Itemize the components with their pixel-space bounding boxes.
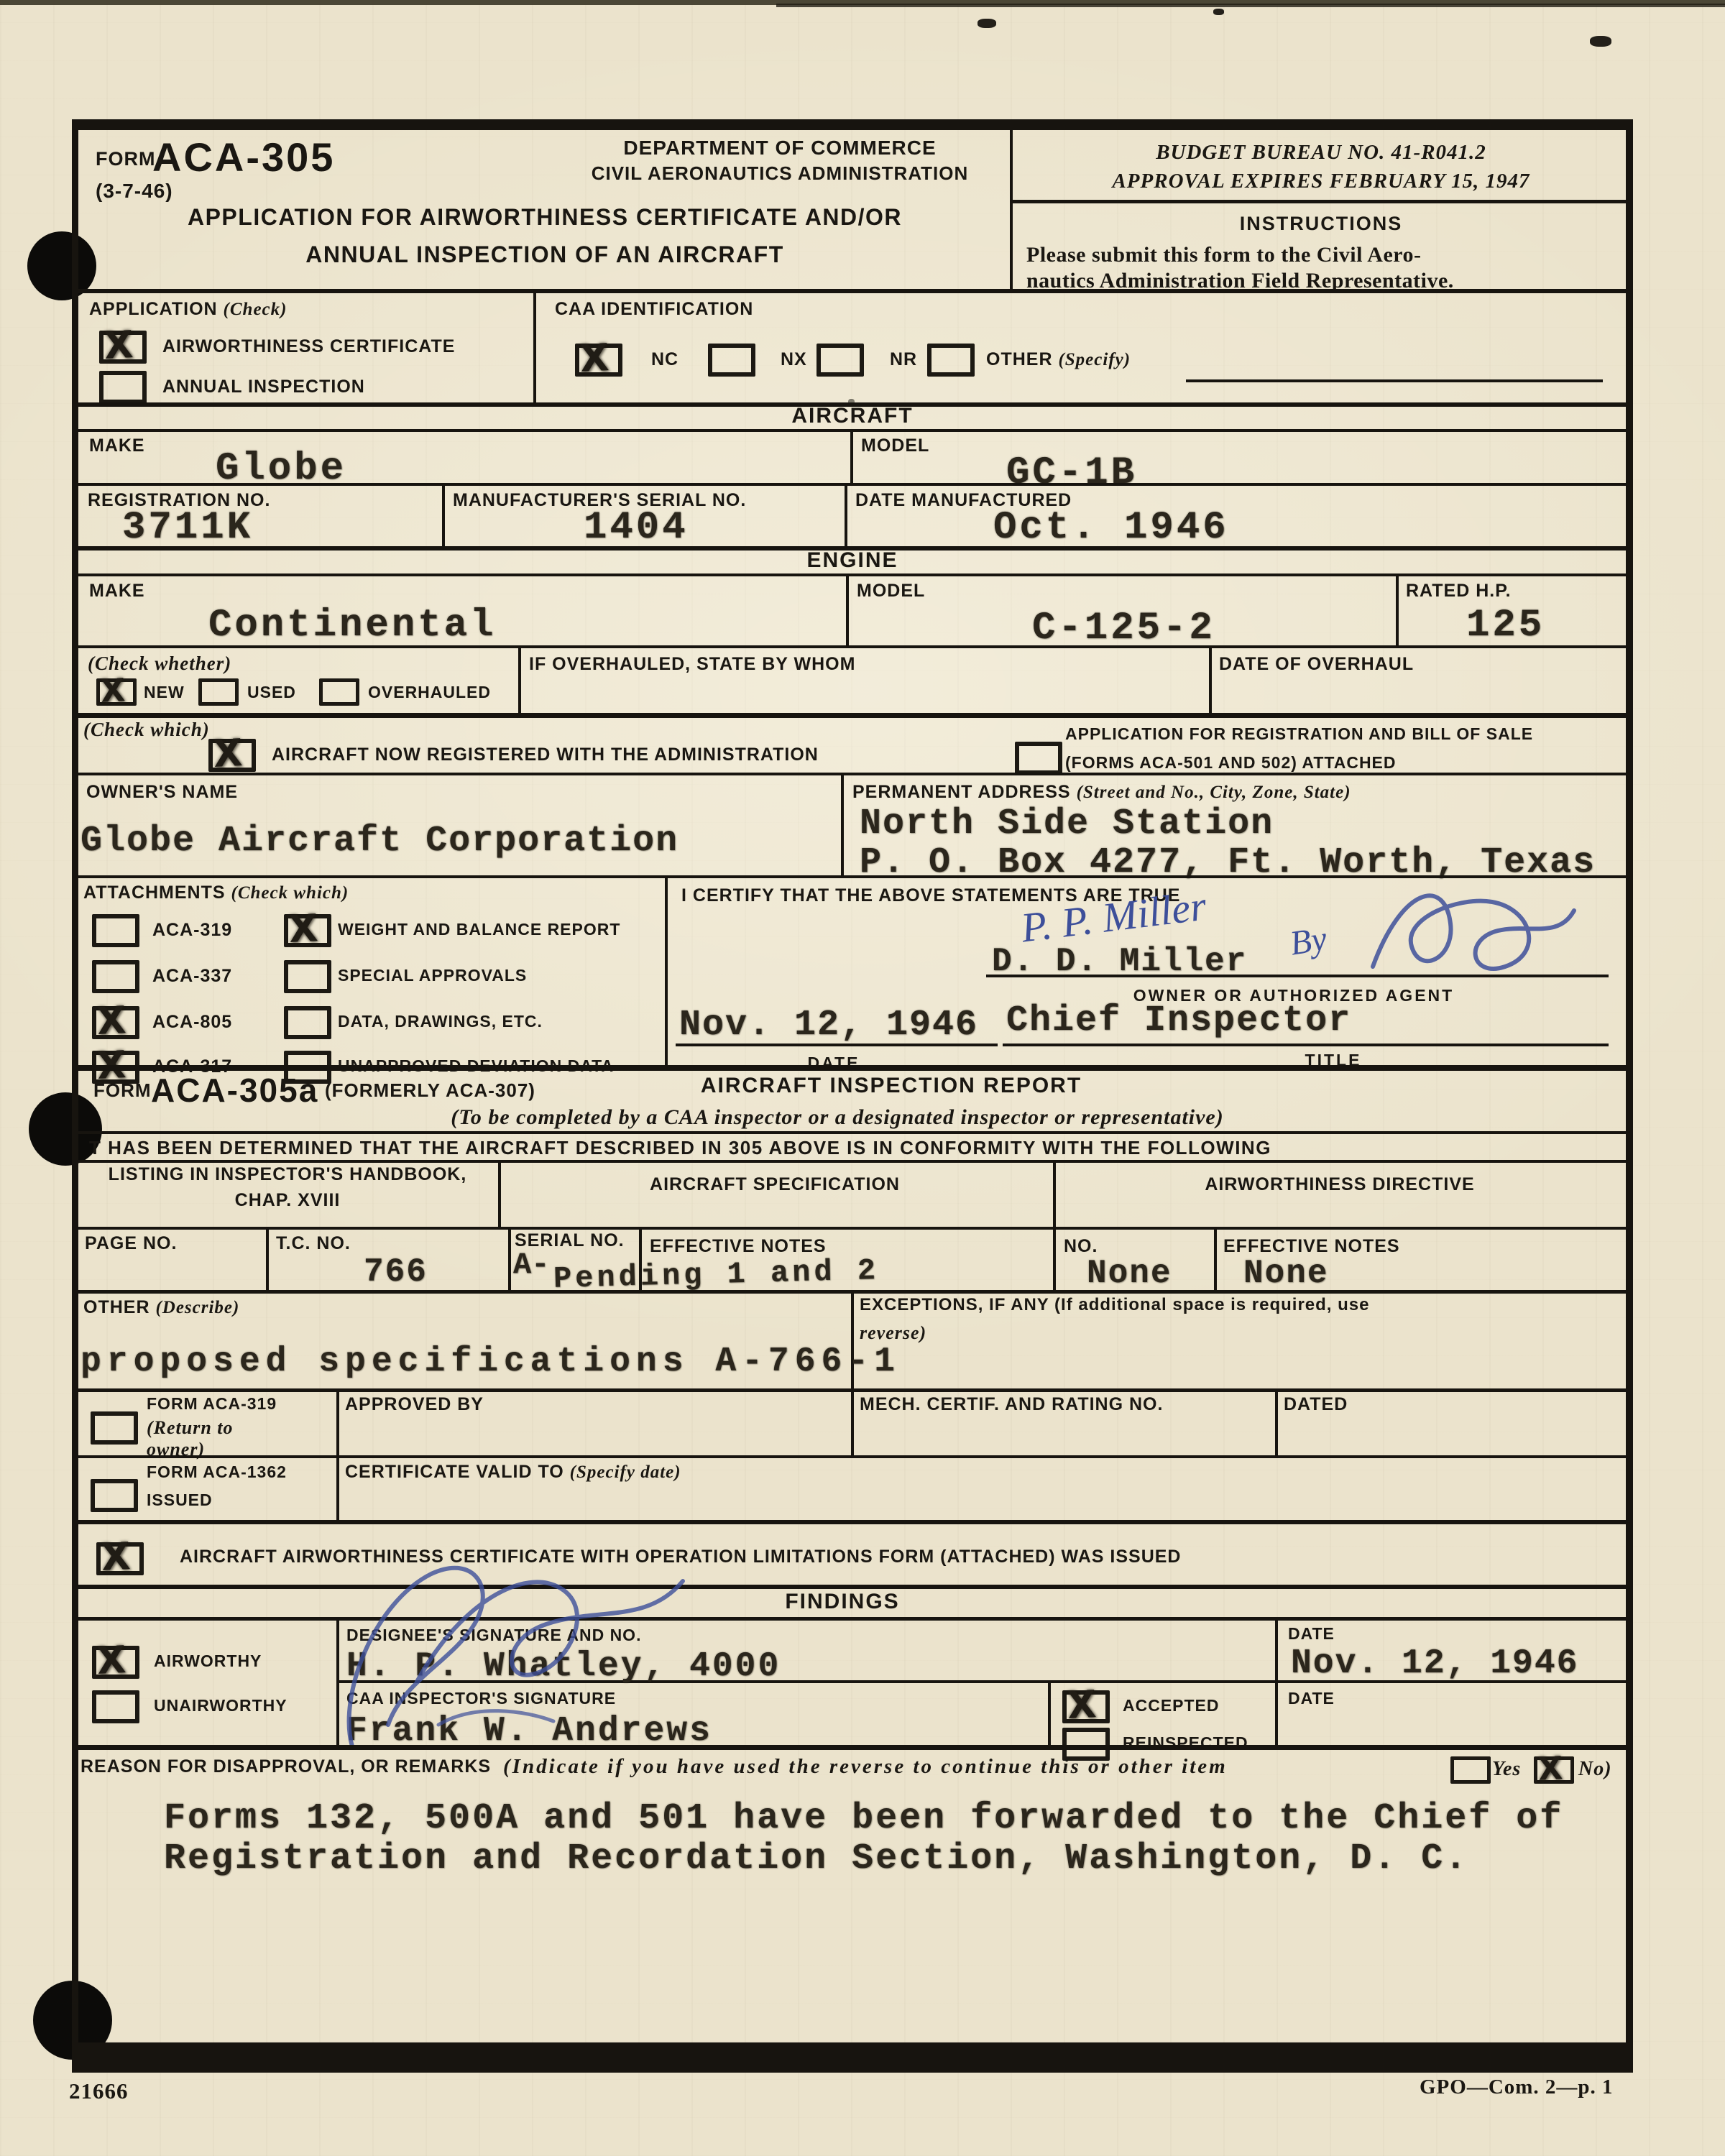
application-label: APPLICATION (Check)	[89, 299, 287, 320]
aircraft-model-label: MODEL	[861, 436, 929, 456]
divider-line	[78, 1065, 1626, 1071]
airworthy-label: AIRWORTHY	[154, 1651, 262, 1671]
other-describe-value: proposed specifications A-766-1	[80, 1342, 901, 1381]
instructions-line1: Please submit this form to the Civil Aer…	[1026, 243, 1422, 267]
effective-notes-label: EFFECTIVE NOTES	[650, 1236, 827, 1257]
date-of-overhaul-label: DATE OF OVERHAUL	[1219, 654, 1414, 675]
certify-date-line[interactable]	[676, 1044, 998, 1046]
check-which-label: (Check which)	[83, 719, 210, 741]
divider-line	[518, 645, 521, 713]
nx-label: NX	[781, 349, 807, 370]
remarks-no-label: No)	[1578, 1758, 1612, 1781]
engine-make-value: Continental	[208, 604, 496, 648]
certify-title-value: Chief Inspector	[1006, 1000, 1351, 1041]
report-formerly: (FORMERLY ACA-307)	[325, 1079, 535, 1102]
remarks-label: REASON FOR DISAPPROVAL, OR REMARKS	[80, 1756, 491, 1777]
divider-line	[846, 573, 849, 645]
checkbox-engine-overhauled[interactable]	[319, 678, 359, 706]
remarks-text-line1: Forms 132, 500A and 501 have been forwar…	[164, 1798, 1563, 1839]
divider-line	[78, 1455, 1626, 1458]
checkbox-form-aca-319-return[interactable]	[91, 1411, 138, 1445]
report-form-prefix: FORM	[93, 1079, 152, 1102]
annual-inspection-label: ANNUAL INSPECTION	[162, 377, 365, 397]
checkbox-nx[interactable]	[708, 344, 755, 377]
exceptions-label-line2: reverse)	[860, 1322, 926, 1344]
accepted-label: ACCEPTED	[1123, 1696, 1220, 1715]
designee-signature-scrawl	[309, 1538, 712, 1754]
footer-gpo-note: GPO—Com. 2—p. 1	[1420, 2076, 1614, 2099]
engine-used-label: USED	[247, 683, 296, 702]
divider-line	[266, 1227, 269, 1290]
checkbox-aca-337[interactable]	[92, 960, 139, 993]
divider-line	[1010, 200, 1627, 203]
certificate-valid-to-label: CERTIFICATE VALID TO (Specify date)	[345, 1462, 681, 1483]
form-aca-319-label: FORM ACA-319	[147, 1394, 277, 1414]
registration-bill-line1: APPLICATION FOR REGISTRATION AND BILL OF…	[1065, 724, 1533, 744]
divider-line	[78, 1520, 1626, 1524]
divider-line	[78, 1160, 1626, 1163]
engine-overhauled-label: OVERHAULED	[368, 683, 491, 702]
form-revision-date: (3-7-46)	[96, 180, 173, 203]
by-handwritten: By	[1287, 918, 1330, 963]
instructions-title: INSTRUCTIONS	[1240, 213, 1403, 235]
tc-no-label: T.C. NO.	[276, 1233, 351, 1254]
rated-hp-label: RATED H.P.	[1406, 581, 1512, 602]
inspector-date-label: DATE	[1288, 1689, 1335, 1708]
owners-name-value: Globe Aircraft Corporation	[80, 821, 678, 862]
checkbox-nc[interactable]: X	[575, 344, 622, 377]
divider-line	[850, 429, 853, 483]
form-aca-1362-label: FORM ACA-1362	[147, 1462, 287, 1482]
directive-no-label: NO.	[1064, 1236, 1098, 1257]
aircraft-make-label: MAKE	[89, 436, 145, 456]
handbook-header-line2: CHAP. XVIII	[235, 1190, 341, 1211]
check-whether-label: (Check whether)	[88, 653, 231, 675]
registration-no-value: 3711K	[122, 506, 253, 550]
checkbox-special-approvals[interactable]	[284, 960, 331, 993]
airworthiness-directive-header: AIRWORTHINESS DIRECTIVE	[1205, 1174, 1474, 1195]
form-title-line2: ANNUAL INSPECTION OF AN AIRCRAFT	[305, 241, 783, 268]
weight-balance-label: WEIGHT AND BALANCE REPORT	[338, 920, 620, 939]
divider-line	[78, 1227, 1626, 1230]
handbook-header-line1: LISTING IN INSPECTOR'S HANDBOOK,	[109, 1164, 467, 1185]
checkbox-engine-new[interactable]: X	[96, 678, 137, 706]
divider-line	[508, 1227, 511, 1290]
address-line1-value: North Side Station	[860, 803, 1274, 844]
agency-line: CIVIL AERONAUTICS ADMINISTRATION	[592, 162, 969, 185]
report-subtitle: (To be completed by a CAA inspector or a…	[451, 1105, 1223, 1130]
divider-line	[78, 483, 1626, 486]
checkbox-other[interactable]	[927, 344, 975, 377]
form-number-prefix: FORM	[96, 148, 155, 170]
engine-make-label: MAKE	[89, 581, 145, 602]
checkbox-weight-balance-report[interactable]: X	[284, 914, 331, 947]
divider-line	[1209, 645, 1212, 713]
rated-hp-value: 125	[1466, 604, 1545, 648]
checkbox-aircraft-registered[interactable]: X	[208, 739, 256, 772]
divider-line	[1010, 130, 1013, 289]
aca-319-label: ACA-319	[152, 920, 232, 941]
attachments-label: ATTACHMENTS (Check which)	[83, 883, 349, 903]
nc-label: NC	[651, 349, 678, 370]
determination-statement: T HAS BEEN DETERMINED THAT THE AIRCRAFT …	[89, 1137, 1271, 1159]
owners-name-label: OWNER'S NAME	[86, 782, 238, 803]
checkbox-accepted[interactable]: X	[1062, 1690, 1110, 1723]
engine-model-label: MODEL	[857, 581, 925, 602]
spec-serial-value: A-	[513, 1248, 549, 1282]
directive-notes-value: None	[1243, 1255, 1328, 1292]
aircraft-model-value: GC-1B	[1006, 451, 1137, 495]
remarks-text-line2: Registration and Recordation Section, Wa…	[164, 1838, 1468, 1879]
approved-by-label: APPROVED BY	[345, 1394, 484, 1415]
checkbox-unairworthy[interactable]	[92, 1690, 139, 1723]
footer-print-code: 21666	[69, 2078, 129, 2104]
aca-337-label: ACA-337	[152, 966, 232, 987]
page-no-label: PAGE NO.	[85, 1233, 177, 1254]
checkbox-annual-inspection[interactable]	[99, 371, 147, 404]
aircraft-registered-label: AIRCRAFT NOW REGISTERED WITH THE ADMINIS…	[272, 745, 819, 765]
serial-no-value: 1404	[584, 506, 689, 550]
certify-date-value: Nov. 12, 1946	[679, 1005, 978, 1046]
overhauled-by-whom-label: IF OVERHAULED, STATE BY WHOM	[529, 654, 855, 675]
form-title-line1: APPLICATION FOR AIRWORTHINESS CERTIFICAT…	[188, 204, 902, 231]
nr-label: NR	[890, 349, 917, 370]
data-drawings-label: DATA, DRAWINGS, ETC.	[338, 1012, 543, 1031]
caa-identification-label: CAA IDENTIFICATION	[555, 299, 753, 320]
dated-label: DATED	[1284, 1394, 1348, 1415]
divider-line	[1214, 1227, 1217, 1290]
exceptions-label-line1: EXCEPTIONS, IF ANY (If additional space …	[860, 1295, 1369, 1315]
checkbox-nr[interactable]	[816, 344, 864, 377]
remarks-yes-label: Yes	[1492, 1758, 1521, 1781]
divider-line	[78, 573, 1626, 576]
checkbox-engine-used[interactable]	[198, 678, 239, 706]
scan-speck	[1213, 9, 1224, 15]
permanent-address-label: PERMANENT ADDRESS (Street and No., City,…	[852, 782, 1351, 803]
divider-line	[845, 483, 847, 546]
divider-line	[78, 1131, 1626, 1134]
divider-line	[533, 289, 536, 402]
unairworthy-label: UNAIRWORTHY	[154, 1696, 287, 1715]
divider-line	[78, 773, 1626, 775]
divider-line	[78, 289, 1626, 293]
certify-title-line[interactable]	[1003, 1044, 1609, 1046]
divider-line	[851, 1388, 854, 1455]
aca-805-label: ACA-805	[152, 1012, 232, 1033]
tc-no-value: 766	[364, 1253, 428, 1291]
divider-line	[78, 1745, 1626, 1750]
divider-line	[78, 713, 1626, 718]
special-approvals-label: SPECIAL APPROVALS	[338, 966, 527, 985]
divider-line	[1396, 573, 1399, 645]
divider-line	[498, 1160, 501, 1227]
designee-date-value: Nov. 12, 1946	[1291, 1644, 1578, 1683]
checkbox-registration-bill-attached[interactable]	[1015, 742, 1062, 775]
approval-expires-line: APPROVAL EXPIRES FEBRUARY 15, 1947	[1112, 170, 1529, 193]
engine-model-value: C-125-2	[1032, 607, 1215, 650]
engine-section-title: ENGINE	[806, 548, 898, 573]
divider-line	[1053, 1160, 1056, 1290]
aircraft-section-title: AIRCRAFT	[791, 404, 913, 428]
designee-date-label: DATE	[1288, 1624, 1335, 1644]
divider-line	[1275, 1388, 1278, 1455]
date-manufactured-value: Oct. 1946	[993, 506, 1229, 550]
report-title: AIRCRAFT INSPECTION REPORT	[701, 1074, 1082, 1098]
airworthiness-certificate-label: AIRWORTHINESS CERTIFICATE	[162, 336, 455, 357]
divider-line	[665, 875, 668, 1065]
other-describe-label: OTHER (Describe)	[83, 1297, 239, 1318]
owner-signature-line[interactable]	[986, 975, 1609, 977]
scan-edge-strip	[776, 4, 1725, 7]
department-line: DEPARTMENT OF COMMERCE	[623, 137, 936, 160]
checkbox-data-drawings[interactable]	[284, 1006, 331, 1039]
checkbox-aca-805[interactable]: X	[92, 1006, 139, 1039]
checkbox-remarks-yes[interactable]	[1450, 1756, 1491, 1784]
checkbox-form-aca-1362-issued[interactable]	[91, 1479, 138, 1512]
scan-speck	[1590, 36, 1611, 47]
scan-speck	[977, 19, 996, 28]
other-specify-line[interactable]	[1186, 379, 1603, 382]
remarks-label-paren: (Indicate if you have used the reverse t…	[503, 1755, 1228, 1779]
engine-new-label: NEW	[144, 683, 185, 702]
checkbox-aca-319[interactable]	[92, 914, 139, 947]
form-number: ACA-305	[152, 134, 335, 180]
divider-line	[336, 1455, 339, 1520]
registration-bill-line2: (FORMS ACA-501 AND 502) ATTACHED	[1065, 753, 1397, 773]
other-specify-label: OTHER (Specify)	[986, 349, 1131, 370]
divider-line	[336, 1388, 339, 1455]
divider-line	[1048, 1680, 1051, 1745]
divider-line	[78, 645, 1626, 648]
divider-line	[442, 483, 445, 546]
report-form-number: ACA-305a	[151, 1071, 318, 1110]
directive-notes-label: EFFECTIVE NOTES	[1223, 1236, 1400, 1257]
aircraft-spec-header: AIRCRAFT SPECIFICATION	[650, 1174, 900, 1195]
checkbox-airworthiness-cert-issued[interactable]: X	[96, 1542, 144, 1575]
form-aca-1362-issued-label: ISSUED	[147, 1491, 213, 1510]
divider-line	[841, 773, 844, 875]
directive-no-value: None	[1087, 1255, 1172, 1292]
scanned-form-page: FORM ACA-305 (3-7-46) DEPARTMENT OF COMM…	[0, 0, 1725, 2156]
checkbox-airworthiness-certificate[interactable]: X	[99, 331, 147, 364]
mech-certif-label: MECH. CERTIF. AND RATING NO.	[860, 1394, 1163, 1415]
budget-bureau-line: BUDGET BUREAU NO. 41-R041.2	[1156, 141, 1486, 165]
checkbox-airworthy[interactable]: X	[92, 1646, 139, 1679]
checkbox-remarks-no[interactable]: X	[1534, 1756, 1574, 1784]
return-to-owner-line1: (Return to	[147, 1417, 234, 1439]
findings-section-title: FINDINGS	[785, 1590, 899, 1614]
